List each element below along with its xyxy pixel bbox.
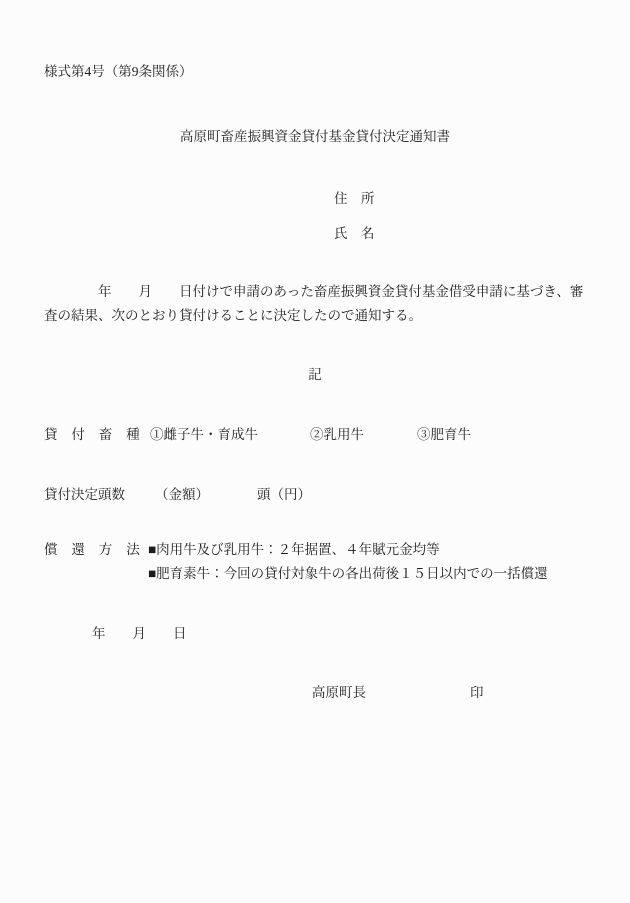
repayment-method-label: 償 還 方 法 [44, 541, 140, 559]
body-paragraph-line2: 査の結果、次のとおり貸付けることに決定したので通知する。 [44, 307, 422, 325]
livestock-option-2: ②乳用牛 [310, 426, 364, 444]
recipient-name-label: 氏 名 [334, 225, 375, 243]
body-paragraph-line1: 年 月 日付けで申請のあった畜産振興資金貸付基金借受申請に基づき、審 [44, 283, 583, 301]
head-count-unit: 頭（円） [257, 486, 311, 504]
head-count-label: 貸付決定頭数 [44, 486, 125, 504]
signature-name: 高原町長 [312, 684, 366, 702]
document-title: 高原町畜産振興資金貸付基金貸付決定通知書 [0, 128, 630, 146]
recipient-address-label: 住 所 [334, 190, 375, 208]
head-count-amount-label: （金額） [155, 486, 209, 504]
repayment-method-line2: ■肥育素牛：今回の貸付対象牛の各出荷後１５日以内での一括償還 [148, 565, 548, 583]
signature-seal-mark: 印 [470, 684, 484, 702]
livestock-option-3: ③肥育牛 [417, 426, 471, 444]
document-page: 様式第4号（第9条関係） 高原町畜産振興資金貸付基金貸付決定通知書 住 所 氏 … [0, 0, 630, 903]
livestock-option-1: ①雌子牛・育成牛 [150, 426, 258, 444]
livestock-type-label: 貸 付 畜 種 [44, 426, 140, 444]
form-number: 様式第4号（第9条関係） [44, 63, 193, 81]
issue-date-line: 年 月 日 [92, 625, 187, 643]
notice-marker: 記 [0, 366, 630, 384]
repayment-method-line1: ■肉用牛及び乳用牛：２年据置、４年賦元金均等 [148, 541, 440, 559]
